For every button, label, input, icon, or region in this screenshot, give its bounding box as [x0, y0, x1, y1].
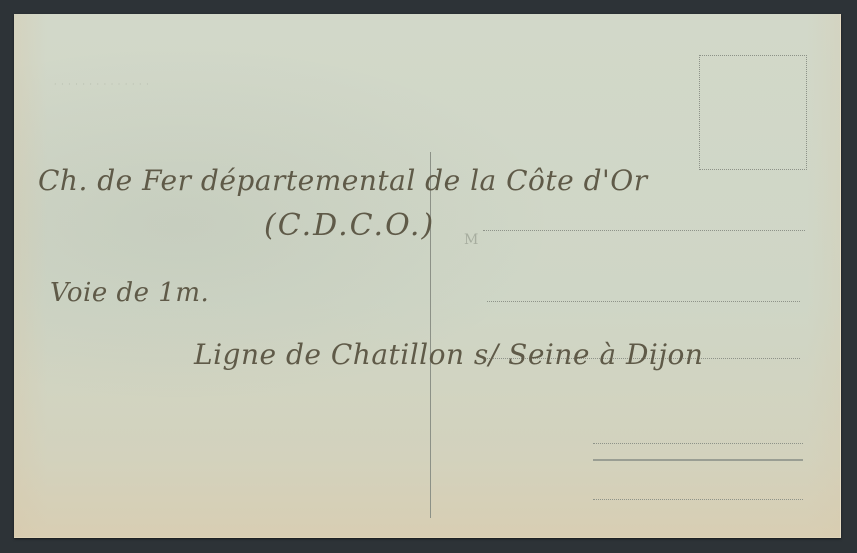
address-line-2 [487, 301, 800, 302]
handwritten-line-railway-name: Ch. de Fer départemental de la Côte d'Or [38, 164, 648, 197]
handwritten-line-abbreviation: (C.D.C.O.) [264, 208, 435, 243]
stamp-box [699, 55, 807, 170]
handwritten-line-route: Ligne de Chatillon s/ Seine à Dijon [194, 338, 703, 371]
publisher-mark: M [464, 232, 478, 248]
postcard-back: · · · · · · · · · · · · · · M Ch. de Fer… [14, 14, 841, 538]
address-line-5 [593, 459, 803, 461]
address-line-1 [483, 230, 805, 231]
handwritten-line-gauge: Voie de 1m. [50, 278, 209, 308]
address-line-6 [593, 499, 803, 500]
address-line-4 [593, 443, 803, 444]
faint-printed-text: · · · · · · · · · · · · · · [54, 80, 150, 89]
center-divider-line [430, 152, 431, 518]
